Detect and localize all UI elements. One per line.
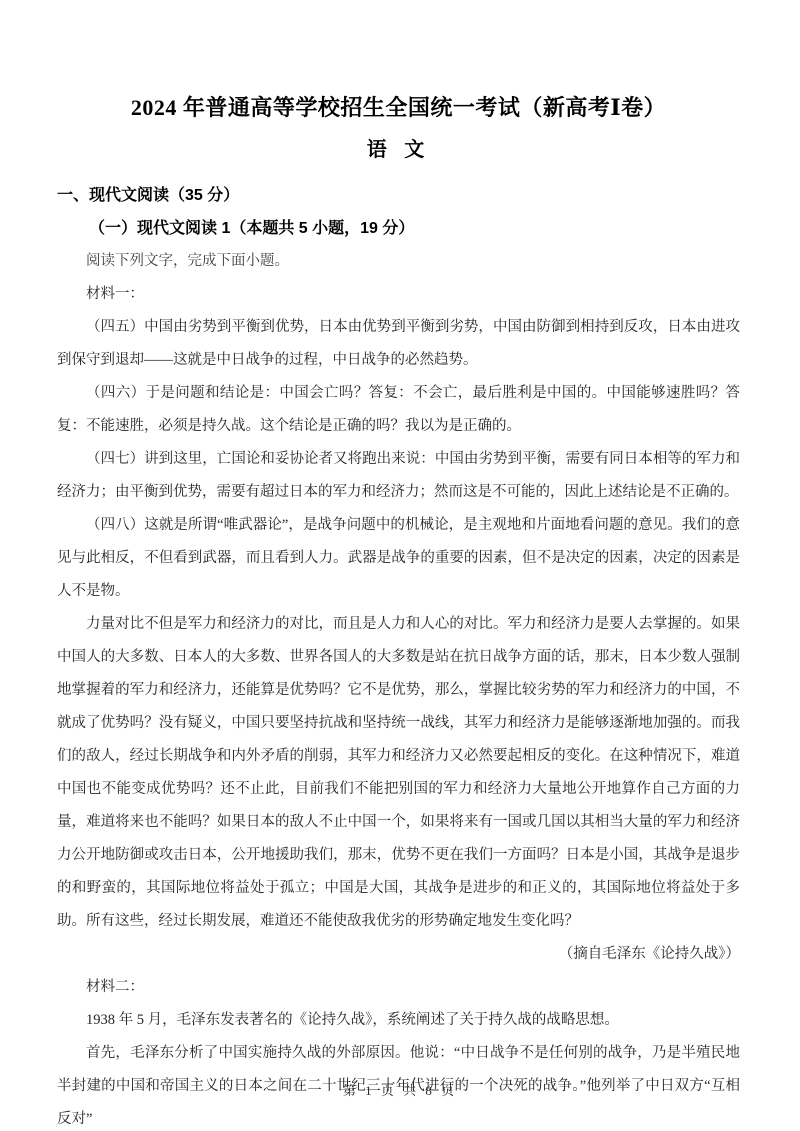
page-content: 2024 年普通高等学校招生全国统一考试（新高考Ⅰ卷） 语 文 一、现代文阅读（… [0, 0, 800, 1131]
section-heading: 一、现代文阅读（35 分） [57, 179, 740, 212]
reading-instruction: 阅读下列文字，完成下面小题。 [57, 245, 740, 278]
subsection-heading: （一）现代文阅读 1（本题共 5 小题，19 分） [57, 212, 740, 245]
material2-paragraph: 1938 年 5 月，毛泽东发表著名的《论持久战》，系统阐述了关于持久战的战略思… [57, 1004, 740, 1037]
material1-paragraph: （四八）这就是所谓“唯武器论”，是战争问题中的机械论，是主观地和片面地看问题的意… [57, 509, 740, 608]
source-attribution: （摘自毛泽东《论持久战》） [57, 938, 740, 971]
exam-document-page: 2024 年普通高等学校招生全国统一考试（新高考Ⅰ卷） 语 文 一、现代文阅读（… [0, 0, 800, 1131]
material1-paragraph: （四七）讲到这里，亡国论和妥协论者又将跑出来说：中国由劣势到平衡，需要有同日本相… [57, 443, 740, 509]
subject-title: 语 文 [57, 136, 740, 164]
material1-paragraph: （四六）于是问题和结论是：中国会亡吗？答复：不会亡，最后胜利是中国的。中国能够速… [57, 377, 740, 443]
material2-label: 材料二： [57, 971, 740, 1004]
material1-paragraph: （四五）中国由劣势到平衡到优势，日本由优势到平衡到劣势，中国由防御到相持到反攻，… [57, 311, 740, 377]
material1-label: 材料一： [57, 278, 740, 311]
material1-paragraph: 力量对比不但是军力和经济力的对比，而且是人力和人心的对比。军力和经济力是要人去掌… [57, 608, 740, 938]
page-title: 2024 年普通高等学校招生全国统一考试（新高考Ⅰ卷） [57, 92, 740, 124]
page-footer: 第 1 页 共 8 页 [0, 1083, 800, 1099]
